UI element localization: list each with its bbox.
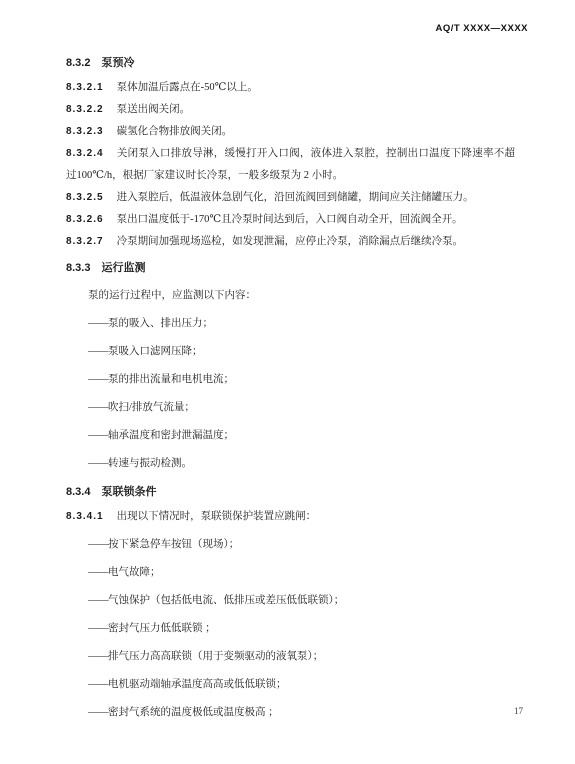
text: 泵的排出流量和电机电流；: [108, 374, 234, 385]
list-item: ——气蚀保护（包括低电流、低排压或差压低低联锁）；: [66, 590, 515, 612]
dash-marker: ——: [88, 679, 108, 690]
text: 关闭泵入口排放导淋，缓慢打开入口阀，液体进入泵腔，控制出口温度下降速率不超过10…: [66, 148, 515, 181]
text: 吹扫/排放气流量；: [108, 402, 195, 413]
list-item: ——轴承温度和密封泄漏温度；: [66, 425, 515, 447]
text: 轴承温度和密封泄漏温度；: [108, 430, 234, 441]
text: 转速与振动检测。: [108, 458, 192, 469]
text: 密封气压力低低联锁 ；: [108, 623, 216, 634]
section-heading: 8.3.2泵预冷: [66, 52, 515, 74]
list-item: ——排气压力高高联锁（用于变频驱动的液氧泵）；: [66, 646, 515, 668]
clause-number: 8.3.4.1: [66, 511, 104, 522]
list-item: ——电机驱动端轴承温度高高或低低联锁；: [66, 674, 515, 696]
dash-marker: ——: [88, 346, 108, 357]
dash-marker: ——: [88, 430, 108, 441]
dash-marker: ——: [88, 651, 108, 662]
paragraph: 泵的运行过程中，应监测以下内容：: [66, 285, 515, 307]
text: 排气压力高高联锁（用于变频驱动的液氧泵）；: [108, 651, 323, 662]
heading-text: 泵预冷: [101, 57, 134, 69]
document-body: 8.3.2泵预冷8.3.2.1泵体加温后露点在-50℃以上。8.3.2.2泵送出…: [66, 48, 515, 730]
list-item: ——电气故障；: [66, 562, 515, 584]
list-item: ——转速与振动检测。: [66, 453, 515, 475]
dash-marker: ——: [88, 458, 108, 469]
text: 泵送出阀关闭。: [117, 104, 191, 115]
text: 按下紧急停车按钮（现场）；: [108, 539, 239, 550]
text: 碳氢化合物排放阀关闭。: [117, 126, 233, 137]
clause-number: 8.3.2.2: [66, 104, 104, 115]
clause-number: 8.3.2.5: [66, 192, 104, 203]
clause-paragraph: 8.3.2.7冷泵期间加强现场巡检，如发现泄漏，应停止冷泵，消除漏点后继续冷泵。: [66, 231, 515, 253]
standard-code-header: AQ/T XXXX—XXXX: [435, 23, 528, 34]
dash-marker: ——: [88, 707, 108, 718]
text: 泵吸入口滤网压降；: [108, 346, 203, 357]
dash-marker: ——: [88, 623, 108, 634]
list-item: ——吹扫/排放气流量；: [66, 397, 515, 419]
clause-number: 8.3.2.4: [66, 148, 104, 159]
clause-number: 8.3.2.7: [66, 236, 104, 247]
section-number: 8.3.2: [66, 57, 90, 69]
text: 泵出口温度低于-170℃且冷泵时间达到后，入口阀自动全开，回流阀全开。: [117, 214, 463, 225]
clause-paragraph: 8.3.2.5进入泵腔后，低温液体急剧气化，沿回流阀回到储罐，期间应关注储罐压力…: [66, 187, 515, 209]
clause-paragraph: 8.3.2.1泵体加温后露点在-50℃以上。: [66, 77, 515, 99]
list-item: ——密封气压力低低联锁 ；: [66, 618, 515, 640]
section-heading: 8.3.3运行监测: [66, 257, 515, 279]
text: 电机驱动端轴承温度高高或低低联锁；: [108, 679, 287, 690]
text: 出现以下情况时，泵联锁保护装置应跳闸：: [117, 511, 317, 522]
text: 冷泵期间加强现场巡检，如发现泄漏，应停止冷泵，消除漏点后继续冷泵。: [117, 236, 464, 247]
dash-marker: ——: [88, 374, 108, 385]
text: 气蚀保护（包括低电流、低排压或差压低低联锁）；: [108, 595, 344, 606]
clause-number: 8.3.2.6: [66, 214, 104, 225]
clause-paragraph: 8.3.4.1出现以下情况时，泵联锁保护装置应跳闸：: [66, 506, 515, 528]
dash-marker: ——: [88, 539, 108, 550]
clause-paragraph: 8.3.2.2泵送出阀关闭。: [66, 99, 515, 121]
clause-paragraph: 8.3.2.6泵出口温度低于-170℃且冷泵时间达到后，入口阀自动全开，回流阀全…: [66, 209, 515, 231]
list-item: ——密封气系统的温度极低或温度极高 ；: [66, 702, 515, 724]
text: 泵的运行过程中，应监测以下内容：: [88, 290, 256, 301]
heading-text: 运行监测: [101, 262, 145, 274]
text: 进入泵腔后，低温液体急剧气化，沿回流阀回到储罐，期间应关注储罐压力。: [117, 192, 474, 203]
list-item: ——按下紧急停车按钮（现场）；: [66, 534, 515, 556]
text: 密封气系统的温度极低或温度极高 ；: [108, 707, 279, 718]
text: 泵的吸入、排出压力；: [108, 318, 213, 329]
list-item: ——泵的排出流量和电机电流；: [66, 369, 515, 391]
section-heading: 8.3.4泵联锁条件: [66, 481, 515, 503]
clause-number: 8.3.2.1: [66, 82, 104, 93]
text: 泵体加温后露点在-50℃以上。: [117, 82, 258, 93]
dash-marker: ——: [88, 567, 108, 578]
clause-paragraph: 8.3.2.4关闭泵入口排放导淋，缓慢打开入口阀，液体进入泵腔，控制出口温度下降…: [66, 143, 515, 187]
page-number: 17: [514, 706, 523, 716]
text: 电气故障；: [108, 567, 161, 578]
dash-marker: ——: [88, 402, 108, 413]
list-item: ——泵的吸入、排出压力；: [66, 313, 515, 335]
clause-number: 8.3.2.3: [66, 126, 104, 137]
heading-text: 泵联锁条件: [101, 486, 156, 498]
clause-paragraph: 8.3.2.3碳氢化合物排放阀关闭。: [66, 121, 515, 143]
section-number: 8.3.4: [66, 486, 90, 498]
document-page: { "header": { "standard_code": "AQ/T XXX…: [0, 0, 575, 764]
list-item: ——泵吸入口滤网压降；: [66, 341, 515, 363]
dash-marker: ——: [88, 595, 108, 606]
section-number: 8.3.3: [66, 262, 90, 274]
dash-marker: ——: [88, 318, 108, 329]
